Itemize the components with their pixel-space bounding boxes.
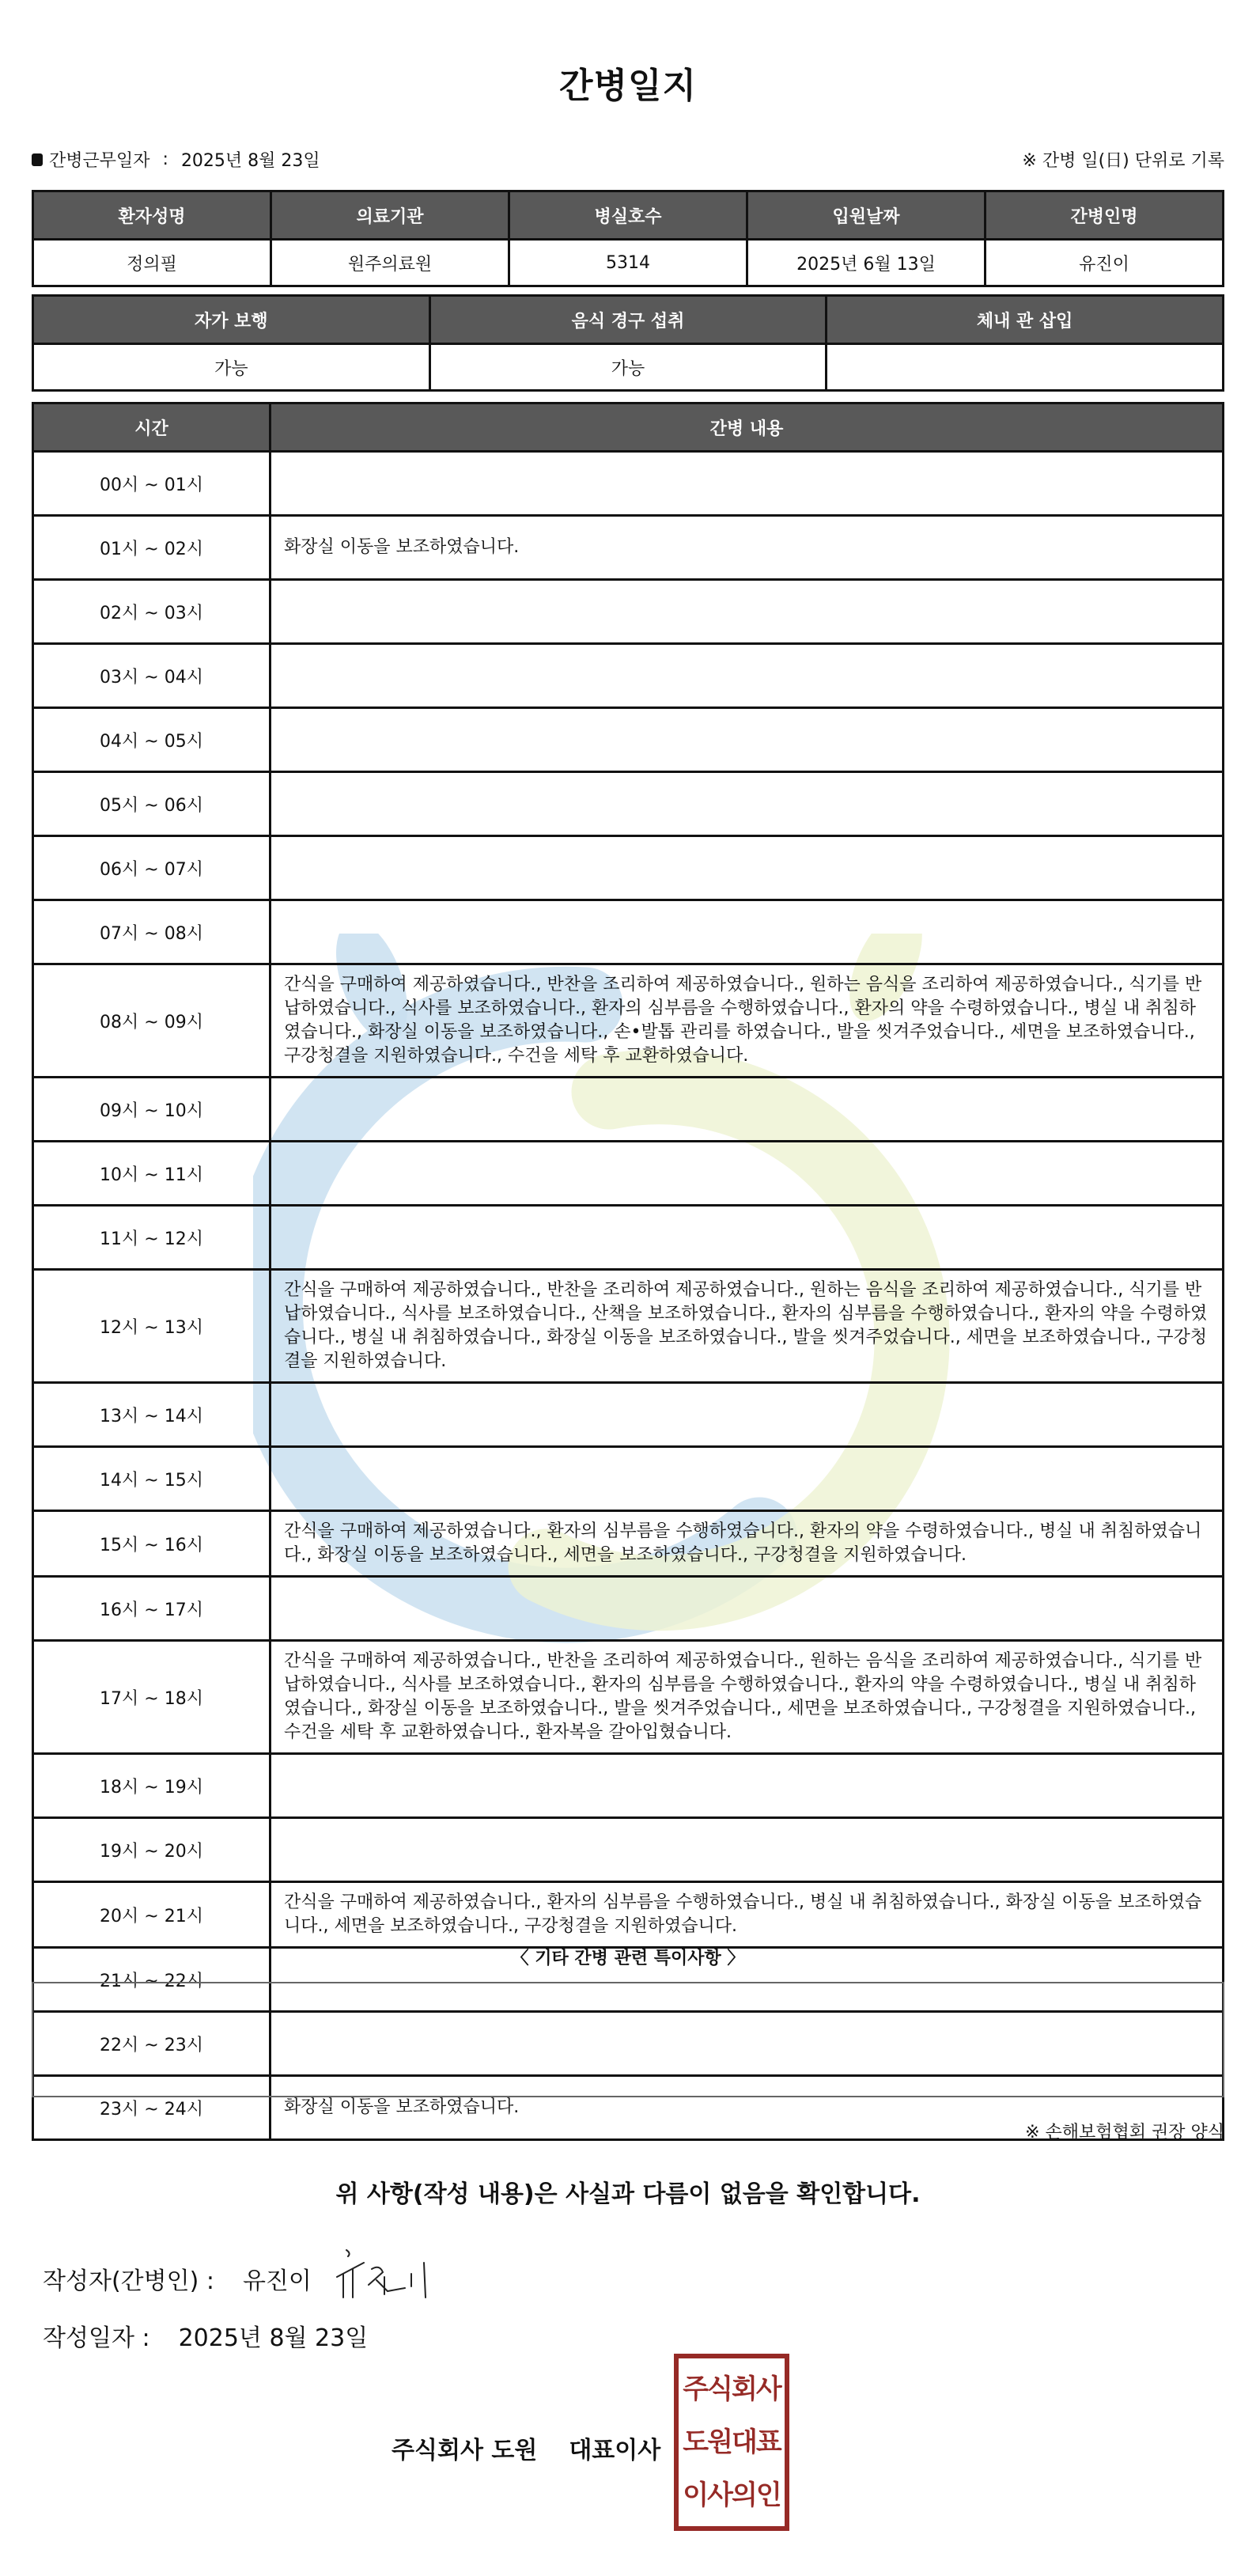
- care-content: [270, 1142, 1224, 1206]
- care-content: [270, 772, 1224, 836]
- time-slot: 20시 ~ 21시: [33, 1882, 270, 1948]
- care-log-row: 04시 ~ 05시: [33, 708, 1224, 772]
- time-slot: 00시 ~ 01시: [33, 452, 270, 516]
- patient-info-value: 2025년 6월 13일: [747, 240, 986, 286]
- care-content: 화장실 이동을 보조하였습니다.: [270, 516, 1224, 580]
- seal-line: 도원대표: [682, 2416, 781, 2468]
- care-content: [270, 1206, 1224, 1270]
- care-log-row: 01시 ~ 02시화장실 이동을 보조하였습니다.: [33, 516, 1224, 580]
- care-content: [270, 1754, 1224, 1818]
- time-slot: 10시 ~ 11시: [33, 1142, 270, 1206]
- care-log-row: 14시 ~ 15시: [33, 1447, 1224, 1511]
- care-content: [270, 644, 1224, 708]
- time-column-header: 시간: [33, 403, 270, 452]
- page-title: 간병일지: [0, 57, 1256, 108]
- care-log-row: 07시 ~ 08시: [33, 900, 1224, 964]
- writer-name: 유진이: [243, 2261, 312, 2296]
- signature: [332, 2245, 443, 2309]
- care-log-row: 03시 ~ 04시: [33, 644, 1224, 708]
- time-slot: 13시 ~ 14시: [33, 1383, 270, 1447]
- written-date-label: 작성일자 :: [43, 2318, 150, 2353]
- care-log-table: 시간 간병 내용 00시 ~ 01시01시 ~ 02시화장실 이동을 보조하였습…: [32, 402, 1224, 2141]
- company-line: 주식회사 도원대표이사: [392, 2430, 660, 2465]
- patient-info-header: 병실호수: [509, 191, 747, 240]
- time-slot: 19시 ~ 20시: [33, 1818, 270, 1882]
- time-slot: 15시 ~ 16시: [33, 1511, 270, 1577]
- time-slot: 17시 ~ 18시: [33, 1641, 270, 1754]
- time-slot: 02시 ~ 03시: [33, 580, 270, 644]
- status-value: 가능: [429, 344, 827, 391]
- care-log-row: 20시 ~ 21시간식을 구매하여 제공하였습니다., 환자의 심부름을 수행하…: [33, 1882, 1224, 1948]
- care-log-row: 17시 ~ 18시간식을 구매하여 제공하였습니다., 반찬을 조리하여 제공하…: [33, 1641, 1224, 1754]
- time-slot: 03시 ~ 04시: [33, 644, 270, 708]
- time-slot: 18시 ~ 19시: [33, 1754, 270, 1818]
- special-notes-box: [32, 1982, 1224, 2097]
- record-unit-note: ※ 간병 일(日) 단위로 기록: [1022, 147, 1224, 172]
- time-slot: 08시 ~ 09시: [33, 964, 270, 1078]
- duty-date: 간병근무일자 : 2025년 8월 23일: [32, 147, 320, 172]
- company-name: 주식회사 도원: [392, 2437, 537, 2464]
- status-header: 음식 경구 섭취: [429, 296, 827, 344]
- care-content: [270, 836, 1224, 900]
- seal-line: 이사의인: [682, 2469, 781, 2521]
- time-slot: 01시 ~ 02시: [33, 516, 270, 580]
- form-source-note: ※ 손해보험협회 권장 양식: [1025, 2119, 1224, 2143]
- duty-date-label: 간병근무일자: [49, 147, 150, 172]
- written-date-line: 작성일자 : 2025년 8월 23일: [43, 2318, 368, 2353]
- patient-info-value: 정의필: [33, 240, 271, 286]
- confirmation-statement: 위 사항(작성 내용)은 사실과 다름이 없음을 확인합니다.: [0, 2174, 1256, 2209]
- care-log-row: 02시 ~ 03시: [33, 580, 1224, 644]
- care-content: [270, 1447, 1224, 1511]
- care-content: [270, 580, 1224, 644]
- care-log-row: 19시 ~ 20시: [33, 1818, 1224, 1882]
- time-slot: 09시 ~ 10시: [33, 1078, 270, 1142]
- patient-info-value: 원주의료원: [271, 240, 509, 286]
- care-log-row: 18시 ~ 19시: [33, 1754, 1224, 1818]
- time-slot: 07시 ~ 08시: [33, 900, 270, 964]
- time-slot: 06시 ~ 07시: [33, 836, 270, 900]
- patient-info-header: 간병인명: [986, 191, 1224, 240]
- time-slot: 11시 ~ 12시: [33, 1206, 270, 1270]
- content-column-header: 간병 내용: [270, 403, 1224, 452]
- care-log-row: 00시 ~ 01시: [33, 452, 1224, 516]
- time-slot: 05시 ~ 06시: [33, 772, 270, 836]
- care-content: 간식을 구매하여 제공하였습니다., 환자의 심부름을 수행하였습니다., 환자…: [270, 1511, 1224, 1577]
- company-seal-stamp: 주식회사 도원대표 이사의인: [674, 2354, 789, 2531]
- care-content: 간식을 구매하여 제공하였습니다., 환자의 심부름을 수행하였습니다., 병실…: [270, 1882, 1224, 1948]
- patient-status-table: 자가 보행음식 경구 섭취체내 관 삽입 가능가능: [32, 294, 1224, 392]
- writer-label: 작성자(간병인) :: [43, 2261, 214, 2296]
- time-slot: 16시 ~ 17시: [33, 1577, 270, 1641]
- representative-title: 대표이사: [569, 2437, 660, 2464]
- time-slot: 14시 ~ 15시: [33, 1447, 270, 1511]
- care-log-row: 08시 ~ 09시간식을 구매하여 제공하였습니다., 반찬을 조리하여 제공하…: [33, 964, 1224, 1078]
- care-content: [270, 1577, 1224, 1641]
- seal-line: 주식회사: [682, 2363, 781, 2415]
- care-log-row: 09시 ~ 10시: [33, 1078, 1224, 1142]
- patient-info-value: 5314: [509, 240, 747, 286]
- care-content: 간식을 구매하여 제공하였습니다., 반찬을 조리하여 제공하였습니다., 원하…: [270, 964, 1224, 1078]
- care-log-row: 16시 ~ 17시: [33, 1577, 1224, 1641]
- patient-info-header: 입원날짜: [747, 191, 986, 240]
- care-log-row: 15시 ~ 16시간식을 구매하여 제공하였습니다., 환자의 심부름을 수행하…: [33, 1511, 1224, 1577]
- writer-line: 작성자(간병인) : 유진이: [43, 2261, 312, 2296]
- status-header: 자가 보행: [33, 296, 430, 344]
- status-value: 가능: [33, 344, 430, 391]
- care-log-row: 05시 ~ 06시: [33, 772, 1224, 836]
- written-date-value: 2025년 8월 23일: [179, 2318, 369, 2353]
- care-content: [270, 452, 1224, 516]
- patient-info-header: 의료기관: [271, 191, 509, 240]
- care-log-row: 13시 ~ 14시: [33, 1383, 1224, 1447]
- care-log-row: 10시 ~ 11시: [33, 1142, 1224, 1206]
- status-header: 체내 관 삽입: [827, 296, 1224, 344]
- care-log-row: 11시 ~ 12시: [33, 1206, 1224, 1270]
- care-log-row: 06시 ~ 07시: [33, 836, 1224, 900]
- patient-info-table: 환자성명의료기관병실호수입원날짜간병인명 정의필원주의료원53142025년 6…: [32, 190, 1224, 287]
- care-content: [270, 900, 1224, 964]
- duty-date-separator: :: [163, 150, 168, 169]
- time-slot: 04시 ~ 05시: [33, 708, 270, 772]
- care-content: 간식을 구매하여 제공하였습니다., 반찬을 조리하여 제공하였습니다., 원하…: [270, 1270, 1224, 1383]
- special-notes-title: 〈 기타 간병 관련 특이사항 〉: [0, 1945, 1256, 1969]
- care-content: [270, 1818, 1224, 1882]
- patient-info-value: 유진이: [986, 240, 1224, 286]
- bullet-square-icon: [32, 153, 43, 166]
- care-content: [270, 1078, 1224, 1142]
- duty-date-value: 2025년 8월 23일: [181, 147, 320, 172]
- care-content: 간식을 구매하여 제공하였습니다., 반찬을 조리하여 제공하였습니다., 원하…: [270, 1641, 1224, 1754]
- status-value: [827, 344, 1224, 391]
- care-log-row: 12시 ~ 13시간식을 구매하여 제공하였습니다., 반찬을 조리하여 제공하…: [33, 1270, 1224, 1383]
- care-content: [270, 1383, 1224, 1447]
- care-content: [270, 708, 1224, 772]
- patient-info-header: 환자성명: [33, 191, 271, 240]
- time-slot: 12시 ~ 13시: [33, 1270, 270, 1383]
